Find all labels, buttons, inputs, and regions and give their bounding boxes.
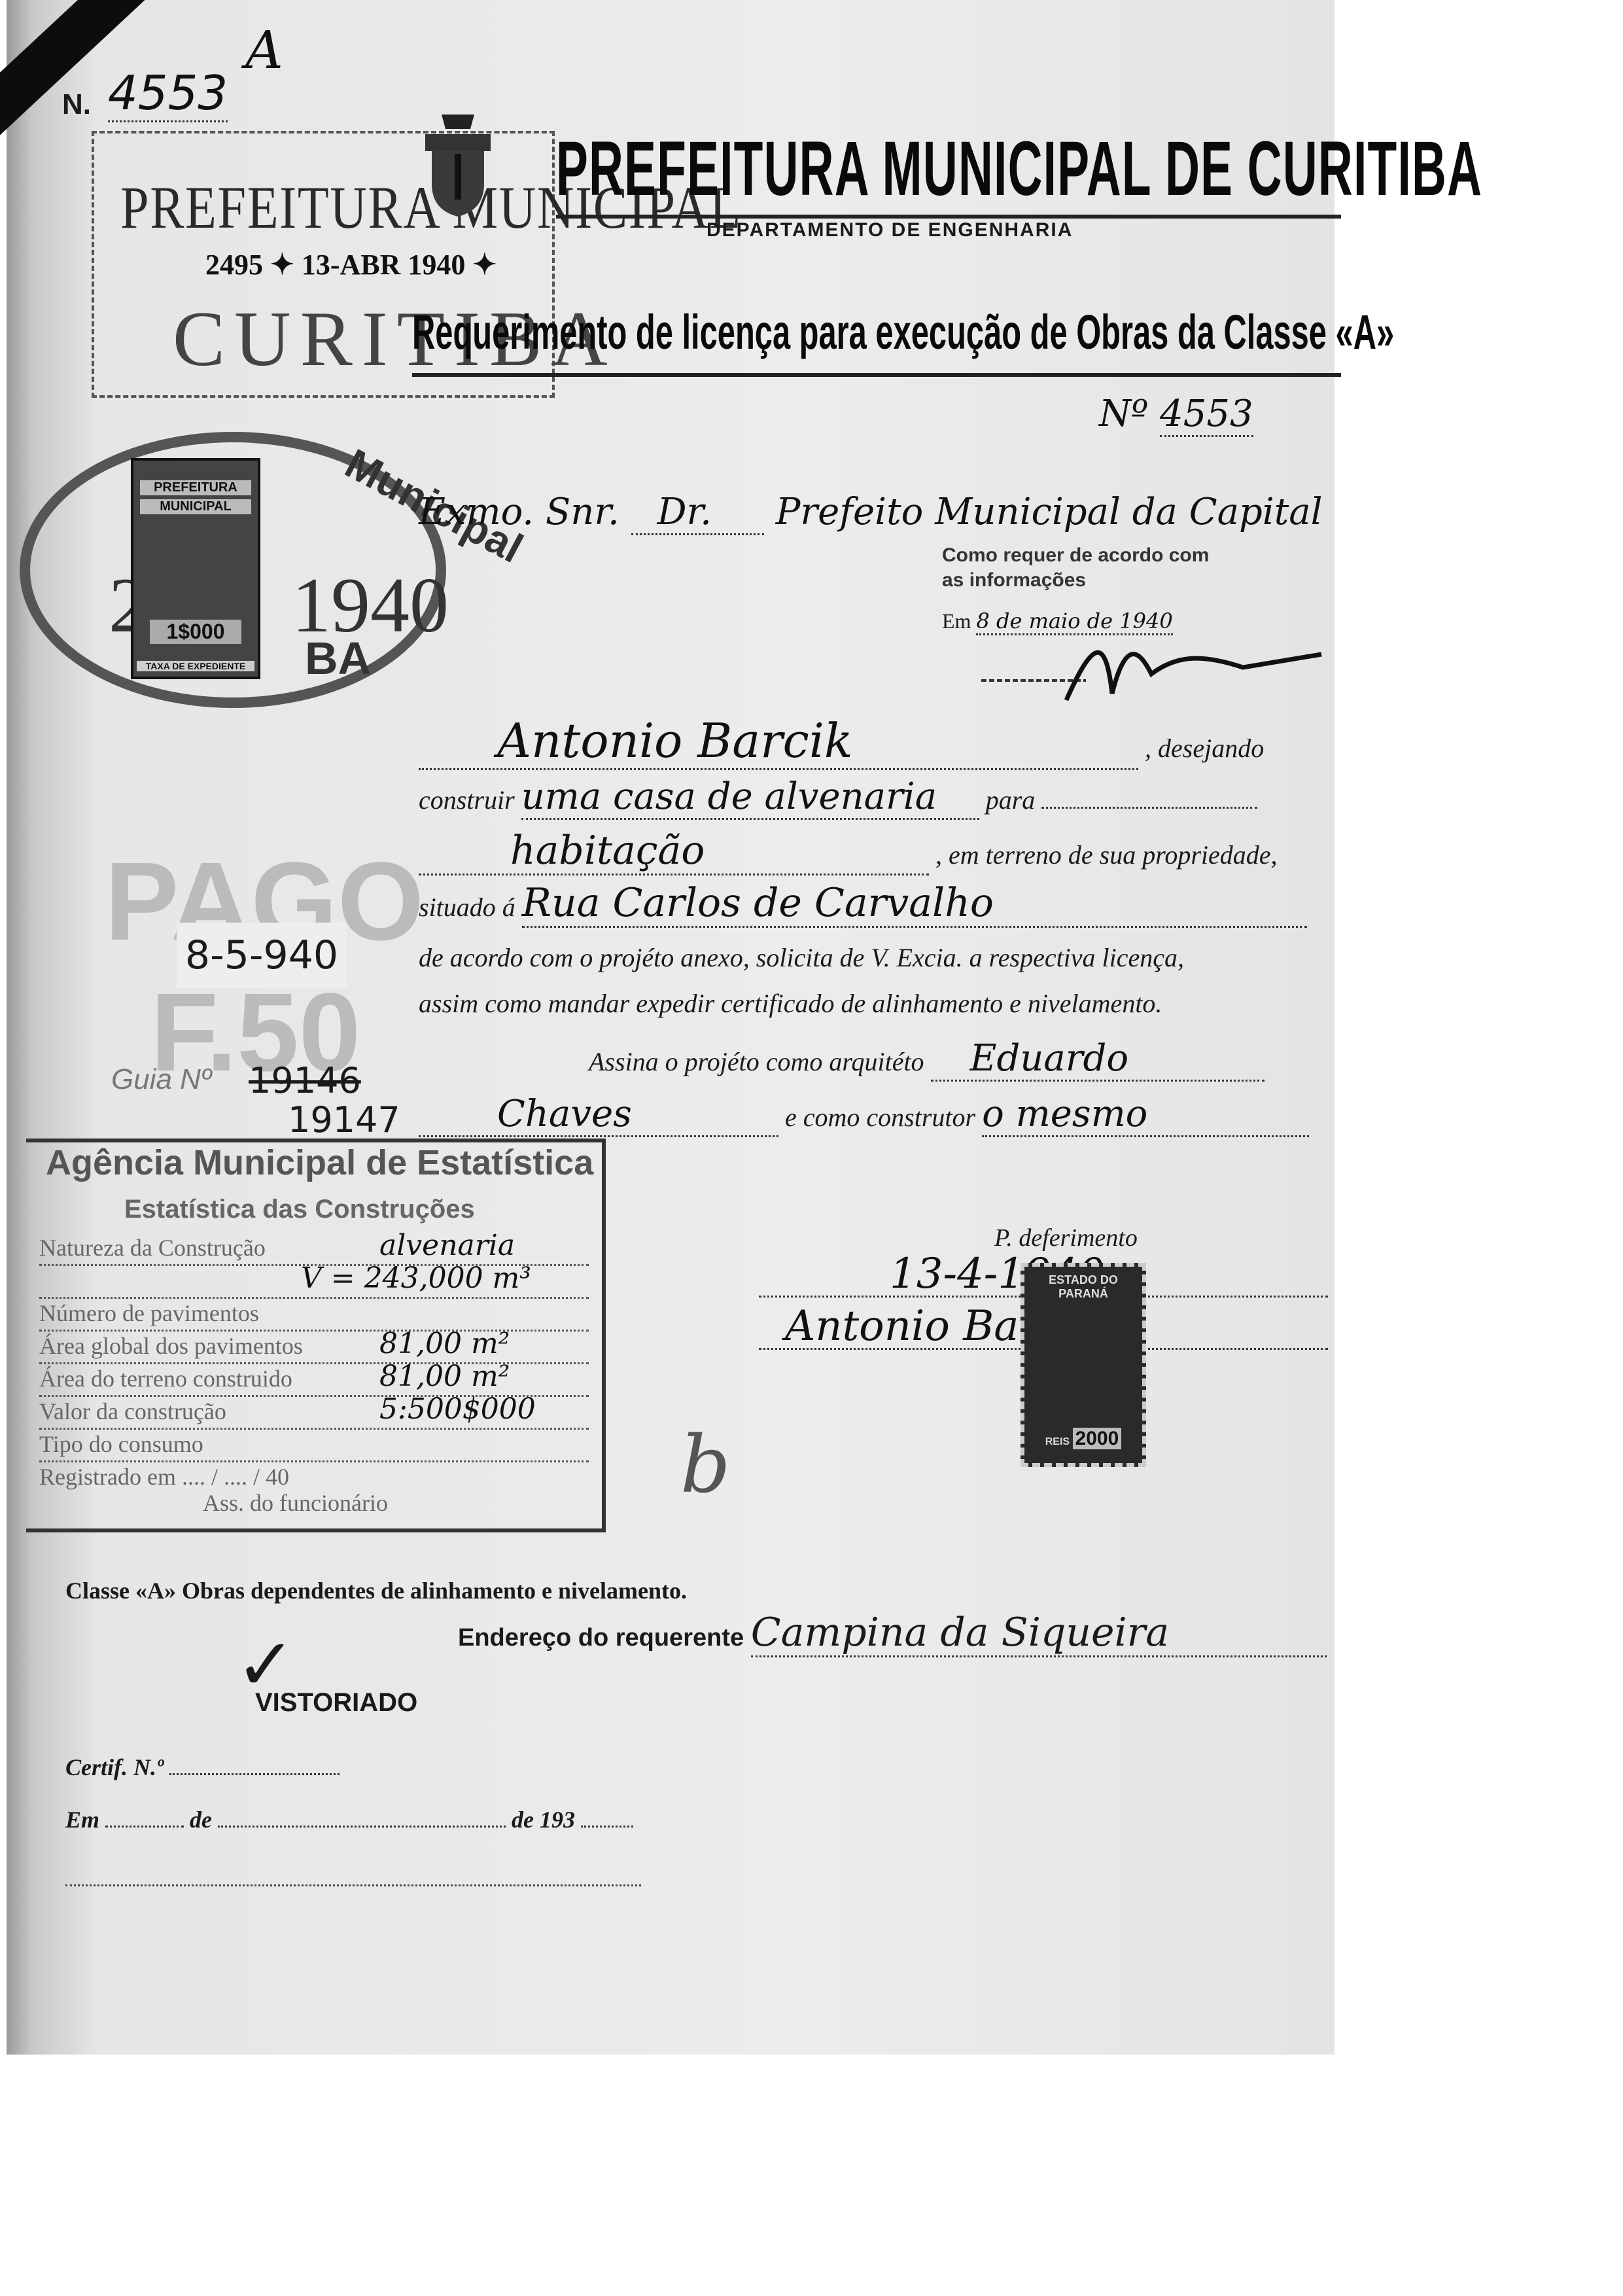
year-blank — [581, 1826, 633, 1828]
dispatch-stamp: Como requer de acordo com as informações — [942, 543, 1209, 592]
deferment-label: P. deferimento — [994, 1224, 1138, 1252]
stat-row: Valor da construção5:500$000 — [39, 1398, 589, 1430]
margin-handwritten-mark: b — [680, 1420, 731, 1511]
salutation: Exmo. Snr. — [419, 491, 620, 533]
purpose-line: habitação , em terreno de sua propriedad… — [419, 828, 1335, 875]
architect-first-name: Eduardo — [931, 1037, 1265, 1082]
statistics-stamp: Agência Municipal de Estatística Estatís… — [26, 1139, 606, 1532]
location-value: Rua Carlos de Carvalho — [522, 880, 1307, 928]
revenue-stamp-state: ESTADO DO PARANÁ — [1024, 1273, 1142, 1301]
form-number-value: 4553 — [1160, 393, 1253, 437]
tax-stamp-line1: PREFEITURA — [140, 480, 251, 495]
location-line: situado á Rua Carlos de Carvalho — [419, 880, 1335, 928]
for-label: para — [986, 785, 1036, 815]
department-name: DEPARTAMENTO DE ENGENHARIA — [707, 219, 1073, 241]
official-signature-label: Ass. do funcionário — [203, 1489, 388, 1517]
stat-label: Natureza da Construção — [39, 1235, 266, 1261]
municipal-tax-stamp: PREFEITURA MUNICIPAL 1$000 TAXA DE EXPED… — [131, 458, 260, 679]
em-label: Em — [65, 1807, 99, 1833]
for-blank — [1041, 807, 1257, 809]
revenue-stamp-currency: REIS — [1045, 1436, 1070, 1447]
certificate-line: Certif. N.º — [65, 1754, 340, 1781]
builder-value: o mesmo — [982, 1093, 1309, 1137]
month-blank — [218, 1826, 506, 1828]
purpose-value: habitação — [419, 828, 929, 875]
revenue-stamp-value: REIS 2000 — [1024, 1428, 1142, 1450]
inspected-label: VISTORIADO — [255, 1688, 417, 1718]
stat-value: 81,00 m² — [379, 1327, 510, 1360]
number-label: N. — [62, 88, 91, 121]
stat-label: Registrado em .... / .... / 40 — [39, 1464, 289, 1490]
revenue-stamp-amount: 2000 — [1073, 1428, 1122, 1449]
de-label: de — [190, 1807, 212, 1833]
revenue-stamp: ESTADO DO PARANÁ REIS 2000 — [1021, 1263, 1146, 1467]
header-rule — [556, 215, 1341, 219]
stat-label: Área global dos pavimentos — [39, 1333, 303, 1359]
address-line: Endereço do requerente Campina da Siquei… — [458, 1610, 1327, 1657]
stat-row: V = 243,000 m³ — [39, 1267, 589, 1299]
builder-line: Chaves e como construtor o mesmo — [419, 1093, 1335, 1137]
signature-blank-line — [65, 1871, 641, 1886]
tax-stamp-fee-label: TAXA DE EXPEDIENTE — [137, 661, 254, 671]
addressee-line: Exmo. Snr. Dr. Prefeito Municipal da Cap… — [419, 491, 1323, 533]
build-label: construir — [419, 785, 515, 815]
dispatch-line2: as informações — [942, 568, 1209, 593]
form-title-rule — [412, 373, 1341, 377]
applicant-suffix: , desejando — [1145, 733, 1264, 763]
addressee-recipient: Prefeito Municipal da Capital — [776, 491, 1323, 533]
architect-last-name: Chaves — [419, 1093, 778, 1137]
dispatch-date-label: Em — [942, 609, 971, 633]
day-blank — [105, 1826, 184, 1828]
property-text: , em terreno de sua propriedade, — [935, 840, 1278, 870]
applicant-name: Antonio Barcik — [419, 713, 1138, 770]
year-prefix: de 193 — [512, 1807, 575, 1833]
architect-line: Assina o projéto como arquitéto Eduardo — [589, 1037, 1335, 1082]
form-number: Nº 4553 — [1099, 393, 1253, 435]
statistics-agency: Agência Municipal de Estatística — [46, 1142, 593, 1183]
paragraph-2: assim como mandar expedir certificado de… — [419, 988, 1335, 1019]
address-label: Endereço do requerente — [458, 1624, 744, 1651]
addressee-title: Dr. — [631, 491, 764, 535]
applicant-line: Antonio Barcik , desejando — [419, 713, 1335, 770]
tax-stamp-value: 1$000 — [150, 620, 241, 644]
stat-label: Valor da construção — [39, 1398, 226, 1424]
paid-stamp-date: 8-5-940 — [177, 923, 347, 988]
build-value: uma casa de alvenaria — [521, 775, 979, 820]
date-line: Em de de 193 — [65, 1806, 633, 1833]
class-note: Classe «A» Obras dependentes de alinhame… — [65, 1577, 687, 1604]
stat-value: 81,00 m² — [379, 1360, 510, 1393]
stat-row: Tipo do consumo — [39, 1430, 589, 1462]
guide-number: 19147 — [288, 1099, 400, 1140]
statistics-heading: Estatística das Construções — [124, 1195, 475, 1224]
coat-of-arms-icon — [419, 108, 497, 219]
stat-label: Número de pavimentos — [39, 1300, 259, 1326]
dispatch-line1: Como requer de acordo com — [942, 543, 1209, 568]
form-title: Requerimento de licença para execução de… — [412, 304, 1394, 360]
architect-label: Assina o projéto como arquitéto — [589, 1047, 924, 1076]
paragraph-1: de acordo com o projéto anexo, solicita … — [419, 942, 1335, 973]
stat-value: V = 243,000 m³ — [301, 1262, 531, 1295]
location-label: situado á — [419, 892, 515, 922]
guide-label: Guia Nº — [111, 1063, 211, 1096]
certificate-label: Certif. N.º — [65, 1754, 164, 1780]
paid-stamp: PAGO F.50 8-5-940 Guia Nº 19146 19147 — [92, 838, 406, 1119]
dispatch-signature-icon — [968, 628, 1335, 707]
archive-stamp-city: BA — [305, 632, 371, 684]
stamp-line-protocol: 2495 ✦ 13-ABR 1940 ✦ — [205, 248, 497, 281]
number-value: 4553 — [108, 65, 228, 122]
stat-value: 5:500$000 — [379, 1392, 536, 1426]
guide-number-crossed: 19146 — [249, 1060, 361, 1101]
address-value: Campina da Siqueira — [751, 1610, 1327, 1657]
stat-value: alvenaria — [379, 1229, 515, 1262]
stat-label: Tipo do consumo — [39, 1431, 203, 1457]
construction-line: construir uma casa de alvenaria para — [419, 775, 1335, 820]
builder-label: e como construtor — [785, 1103, 975, 1132]
handwritten-class-mark: A — [245, 20, 283, 80]
page-title: PREFEITURA MUNICIPAL DE CURITIBA — [556, 124, 1482, 213]
stat-label: Área do terreno construido — [39, 1366, 292, 1392]
form-number-label: Nº — [1099, 393, 1148, 435]
certificate-blank — [169, 1773, 340, 1775]
tax-stamp-line2: MUNICIPAL — [140, 499, 251, 514]
